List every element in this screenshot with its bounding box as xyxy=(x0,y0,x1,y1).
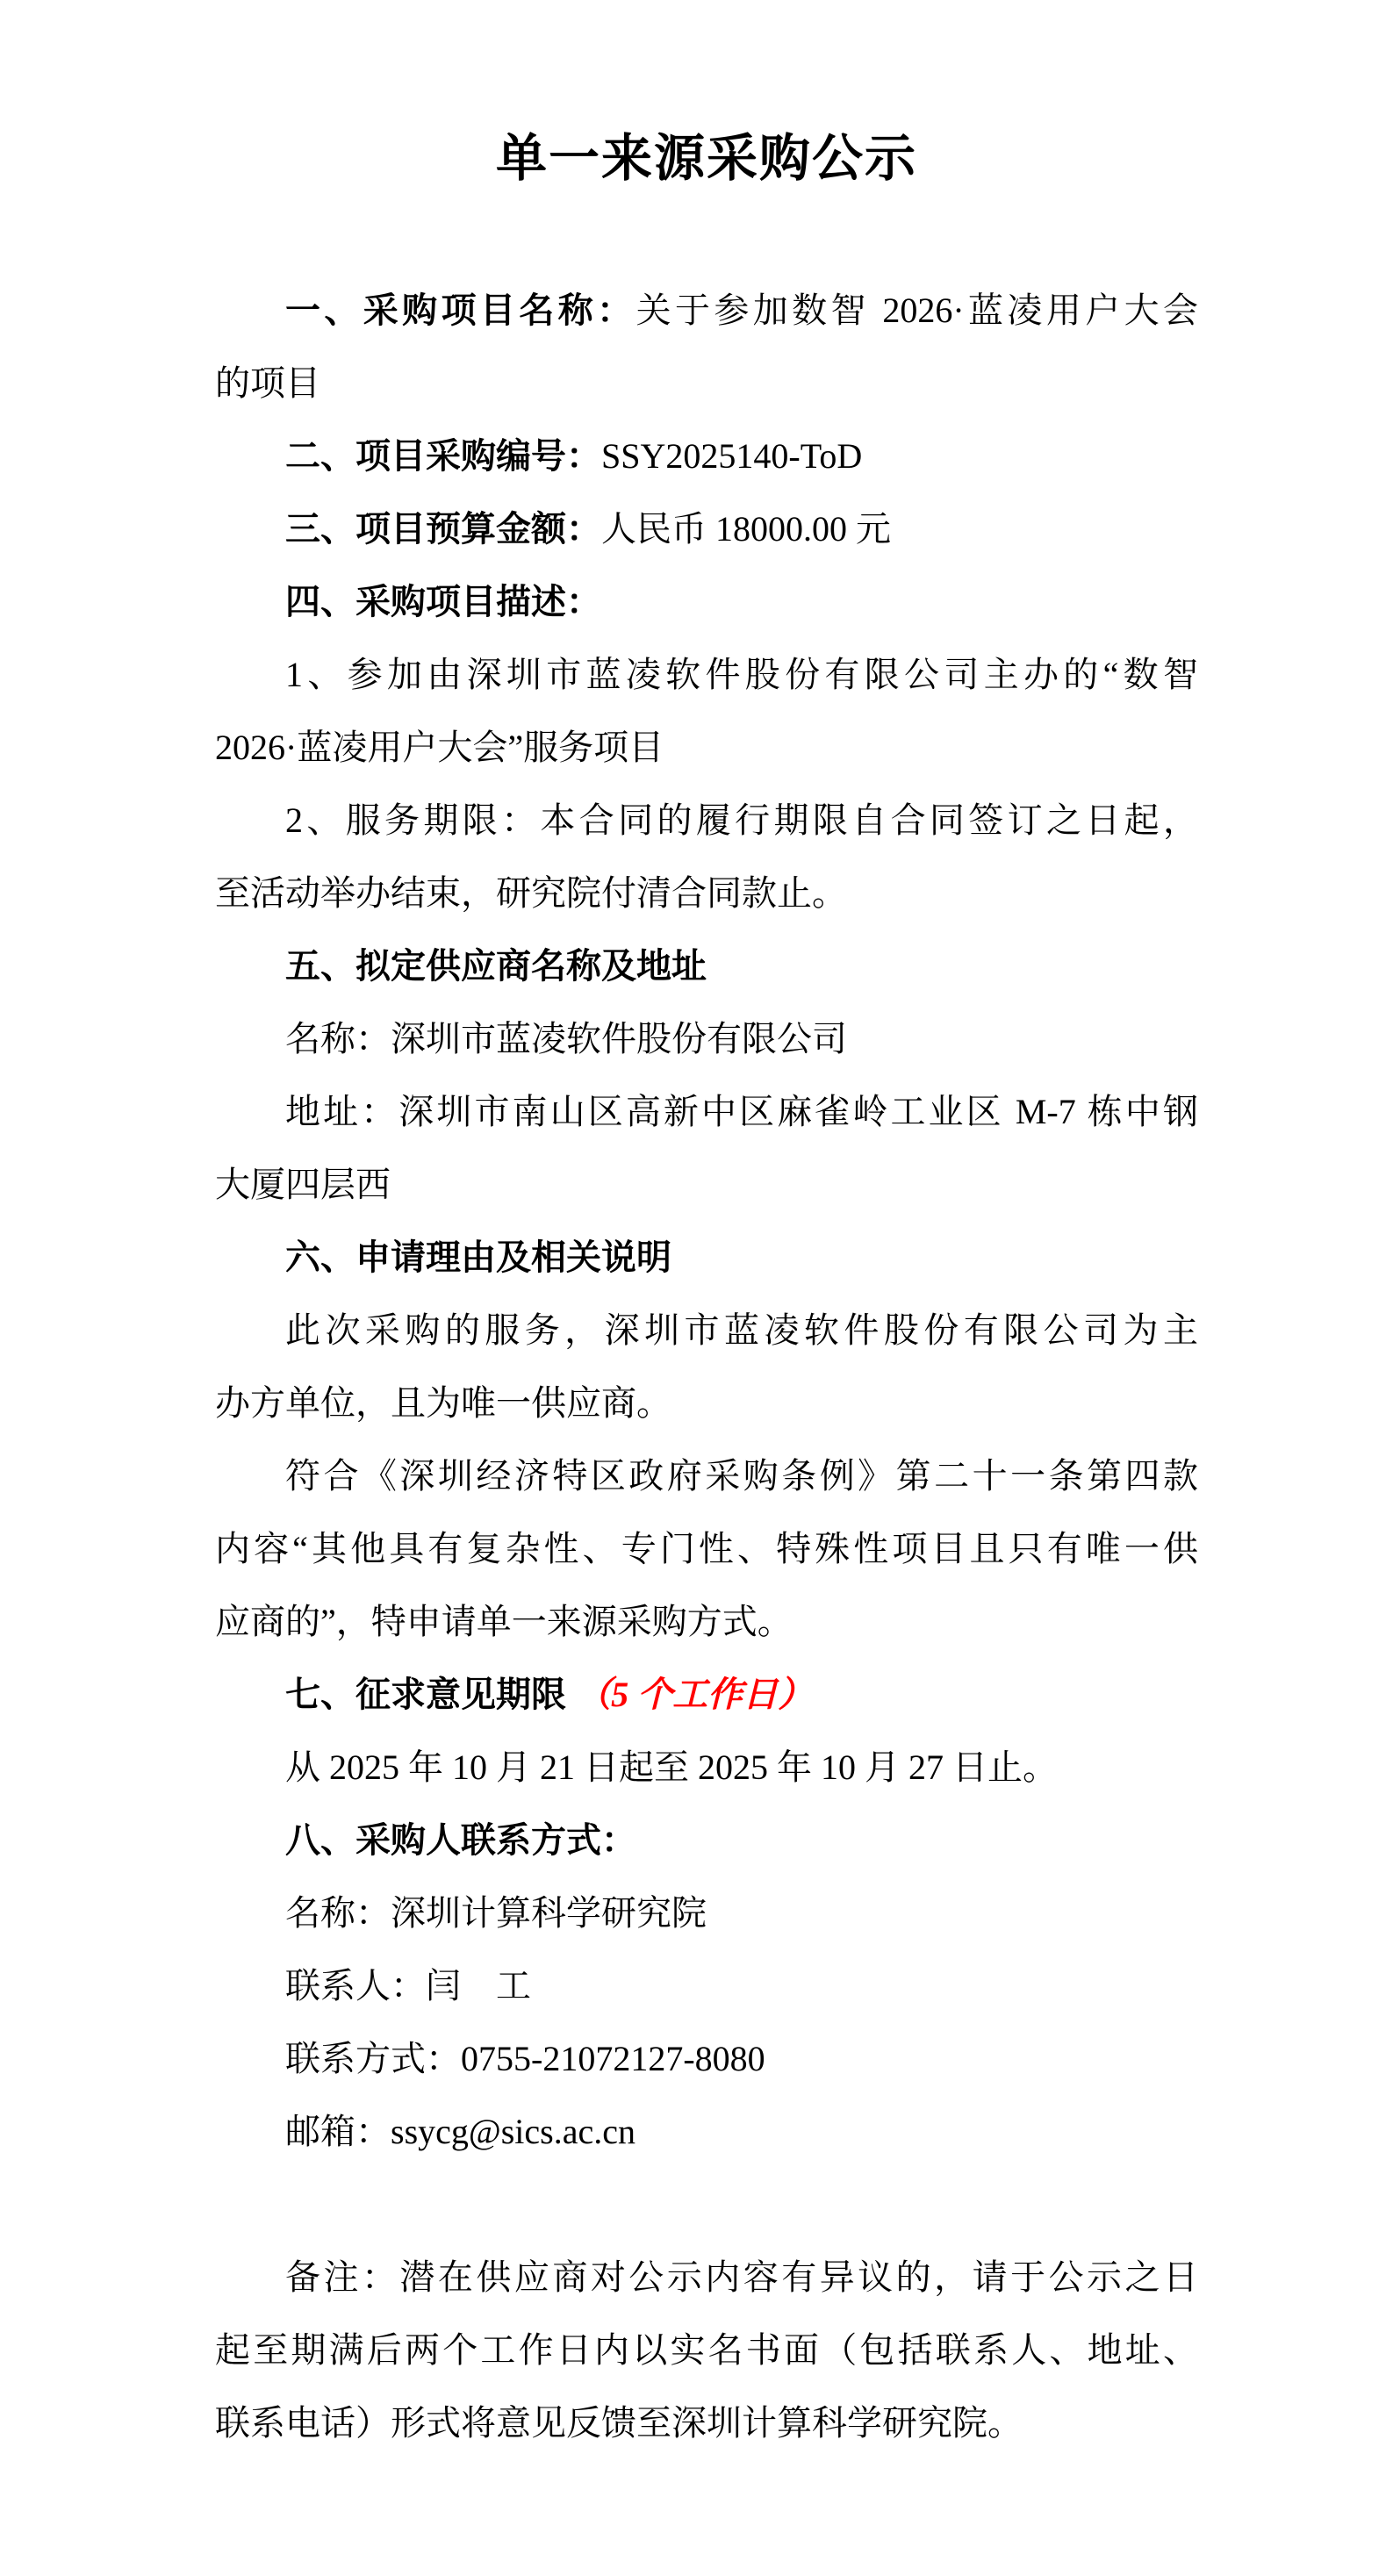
document-line: 联系人：闫 工 xyxy=(215,1949,1198,2022)
document-line: 一、采购项目名称：关于参加数智 2026·蓝凌用户大会 xyxy=(215,274,1198,347)
body-text-segment: 备注：潜在供应商对公示内容有异议的，请于公示之日 xyxy=(285,2257,1198,2297)
document-line: 2、服务期限：本合同的履行期限自合同签订之日起， xyxy=(215,784,1198,857)
document-line: 从 2025 年 10 月 21 日起至 2025 年 10 月 27 日止。 xyxy=(215,1731,1198,1804)
document-line: 联系电话）形式将意见反馈至深圳计算科学研究院。 xyxy=(215,2386,1198,2459)
body-text-segment: 2026·蓝凌用户大会”服务项目 xyxy=(215,728,664,767)
section-heading-segment: 五、拟定供应商名称及地址 xyxy=(285,947,707,986)
body-text-segment: 办方单位，且为唯一供应商。 xyxy=(215,1383,671,1423)
body-text-segment: SSY2025140-ToD xyxy=(601,436,862,476)
document-line: 符合《深圳经济特区政府采购条例》第二十一条第四款 xyxy=(215,1439,1198,1512)
body-text-segment: 从 2025 年 10 月 21 日起至 2025 年 10 月 27 日止。 xyxy=(285,1747,1058,1787)
document-page: 单一来源采购公示 一、采购项目名称：关于参加数智 2026·蓝凌用户大会的项目二… xyxy=(0,0,1393,2576)
document-title: 单一来源采购公示 xyxy=(215,132,1198,186)
section-heading-segment: 一、采购项目名称： xyxy=(285,291,636,330)
body-text-segment: 人民币 18000.00 元 xyxy=(601,509,891,549)
document-line: 名称：深圳计算科学研究院 xyxy=(215,1876,1198,1949)
document-line: 至活动举办结束，研究院付清合同款止。 xyxy=(215,857,1198,929)
body-text-segment: 联系方式：0755-21072127-8080 xyxy=(285,2039,765,2078)
document-line: 七、征求意见期限 （5 个工作日） xyxy=(215,1658,1198,1731)
body-text-segment: 应商的”，特申请单一来源采购方式。 xyxy=(215,1602,793,1641)
document-line: 四、采购项目描述： xyxy=(215,565,1198,638)
document-line: 此次采购的服务，深圳市蓝凌软件股份有限公司为主 xyxy=(215,1294,1198,1367)
section-heading-segment: 三、项目预算金额： xyxy=(285,510,601,549)
body-text-segment: 的项目 xyxy=(215,363,320,403)
body-text-segment: 至活动举办结束，研究院付清合同款止。 xyxy=(215,873,847,913)
body-text-segment: 联系电话）形式将意见反馈至深圳计算科学研究院。 xyxy=(215,2403,1023,2443)
document-line: 的项目 xyxy=(215,347,1198,420)
red-note-segment: （5 个工作日） xyxy=(576,1675,813,1714)
body-text-segment: 2、服务期限：本合同的履行期限自合同签订之日起， xyxy=(285,800,1198,840)
document-line: 大厦四层西 xyxy=(215,1148,1198,1221)
body-text-segment: 地址：深圳市南山区高新中区麻雀岭工业区 M-7 栋中钢 xyxy=(285,1092,1198,1131)
document-line: 应商的”，特申请单一来源采购方式。 xyxy=(215,1585,1198,1658)
section-heading-segment: 二、项目采购编号： xyxy=(285,437,601,476)
section-heading-segment: 七、征求意见期限 xyxy=(285,1675,576,1714)
document-line: 联系方式：0755-21072127-8080 xyxy=(215,2022,1198,2095)
document-line: 1、参加由深圳市蓝凌软件股份有限公司主办的“数智 xyxy=(215,638,1198,711)
section-heading-segment: 四、采购项目描述： xyxy=(285,583,601,621)
document-line: 内容“其他具有复杂性、专门性、特殊性项目且只有唯一供 xyxy=(215,1512,1198,1585)
body-text-segment: 名称：深圳市蓝凌软件股份有限公司 xyxy=(285,1019,847,1058)
body-text-segment: 名称：深圳计算科学研究院 xyxy=(285,1893,707,1933)
document-line: 备注：潜在供应商对公示内容有异议的，请于公示之日 xyxy=(215,2241,1198,2314)
document-line: 起至期满后两个工作日内以实名书面（包括联系人、地址、 xyxy=(215,2314,1198,2386)
document-line: 办方单位，且为唯一供应商。 xyxy=(215,1367,1198,1439)
body-text-segment: 联系人：闫 工 xyxy=(285,1966,531,2006)
document-line: 五、拟定供应商名称及地址 xyxy=(215,929,1198,1002)
document-line: 二、项目采购编号：SSY2025140-ToD xyxy=(215,420,1198,492)
body-text-segment: 起至期满后两个工作日内以实名书面（包括联系人、地址、 xyxy=(215,2330,1198,2370)
section-heading-segment: 六、申请理由及相关说明 xyxy=(285,1238,671,1277)
body-text-segment: 符合《深圳经济特区政府采购条例》第二十一条第四款 xyxy=(285,1456,1198,1496)
document-body: 一、采购项目名称：关于参加数智 2026·蓝凌用户大会的项目二、项目采购编号：S… xyxy=(215,274,1198,2459)
document-line: 六、申请理由及相关说明 xyxy=(215,1221,1198,1294)
document-line: 名称：深圳市蓝凌软件股份有限公司 xyxy=(215,1002,1198,1075)
body-text-segment: 1、参加由深圳市蓝凌软件股份有限公司主办的“数智 xyxy=(285,655,1198,694)
document-line: 八、采购人联系方式： xyxy=(215,1804,1198,1876)
section-heading-segment: 八、采购人联系方式： xyxy=(285,1821,636,1860)
document-line: 地址：深圳市南山区高新中区麻雀岭工业区 M-7 栋中钢 xyxy=(215,1075,1198,1148)
body-text-segment: 此次采购的服务，深圳市蓝凌软件股份有限公司为主 xyxy=(285,1310,1198,1350)
body-text-segment: 内容“其他具有复杂性、专门性、特殊性项目且只有唯一供 xyxy=(215,1529,1198,1568)
document-line: 2026·蓝凌用户大会”服务项目 xyxy=(215,711,1198,784)
body-text-segment: 大厦四层西 xyxy=(215,1165,391,1204)
body-text-segment: 邮箱：ssycg@sics.ac.cn xyxy=(285,2112,635,2151)
document-line: 邮箱：ssycg@sics.ac.cn xyxy=(215,2095,1198,2168)
blank-line xyxy=(215,2168,1198,2241)
body-text-segment: 关于参加数智 2026·蓝凌用户大会 xyxy=(636,291,1198,330)
document-line: 三、项目预算金额：人民币 18000.00 元 xyxy=(215,492,1198,565)
